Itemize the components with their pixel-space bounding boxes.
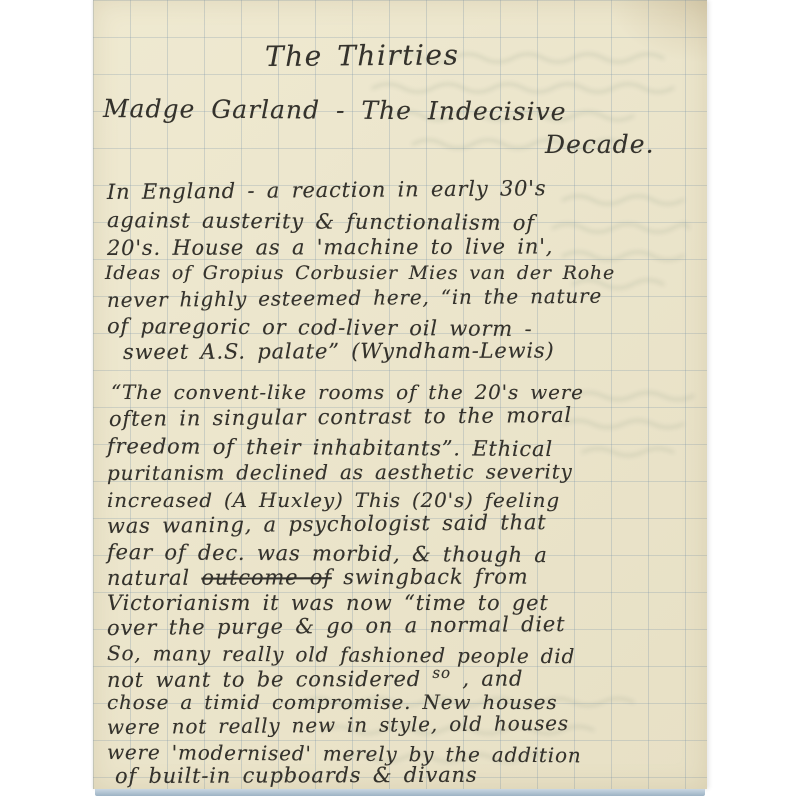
page-title: The Thirties <box>265 38 460 73</box>
handwritten-line: were not really new in style, old houses <box>107 711 569 739</box>
handwritten-line: puritanism declined as aesthetic severit… <box>107 459 573 485</box>
handwritten-line: freedom of their inhabitants”. Ethical <box>107 434 553 461</box>
book-title-line2: Decade. <box>545 130 655 159</box>
handwritten-line: In England - a reaction in early 30's <box>107 176 547 204</box>
handwritten-line: sweet A.S. palate” (Wyndham-Lewis) <box>123 338 555 364</box>
handwritten-line: Ideas of Gropius Corbusier Mies van der … <box>105 262 615 284</box>
handwriting-layer: The Thirties Madge Garland - The Indecis… <box>93 0 707 789</box>
page-bottom-edge <box>95 789 705 796</box>
handwritten-line: natural outcome of swingback from <box>107 565 529 590</box>
handwritten-line: often in singular contrast to the moral <box>109 403 572 431</box>
handwritten-line: of paregoric or cod-liver oil worm - <box>107 314 533 341</box>
handwritten-line: increased (A Huxley) This (20's) feeling <box>107 488 560 512</box>
handwritten-line: not want to be considered so , and <box>107 664 523 692</box>
handwritten-line: against austerity & functionalism of <box>107 208 535 235</box>
handwritten-line: was waning, a psychologist said that <box>107 510 547 538</box>
handwritten-line: never highly esteemed here, “in the natu… <box>107 284 602 312</box>
book-author-title-line: Madge Garland - The Indecisive <box>103 94 567 126</box>
handwritten-line: over the purge & go on a normal diet <box>107 612 565 640</box>
handwritten-line: Victorianism it was now “time to get <box>107 591 549 615</box>
handwritten-line: “The convent-like rooms of the 20's were <box>111 380 584 404</box>
handwritten-line: 20's. House as a 'machine to live in', <box>107 234 553 260</box>
handwritten-line: of built-in cupboards & divans <box>115 763 478 788</box>
handwritten-line: fear of dec. was morbid, & though a <box>107 540 548 567</box>
handwritten-line: chose a timid compromise. New houses <box>107 690 557 714</box>
